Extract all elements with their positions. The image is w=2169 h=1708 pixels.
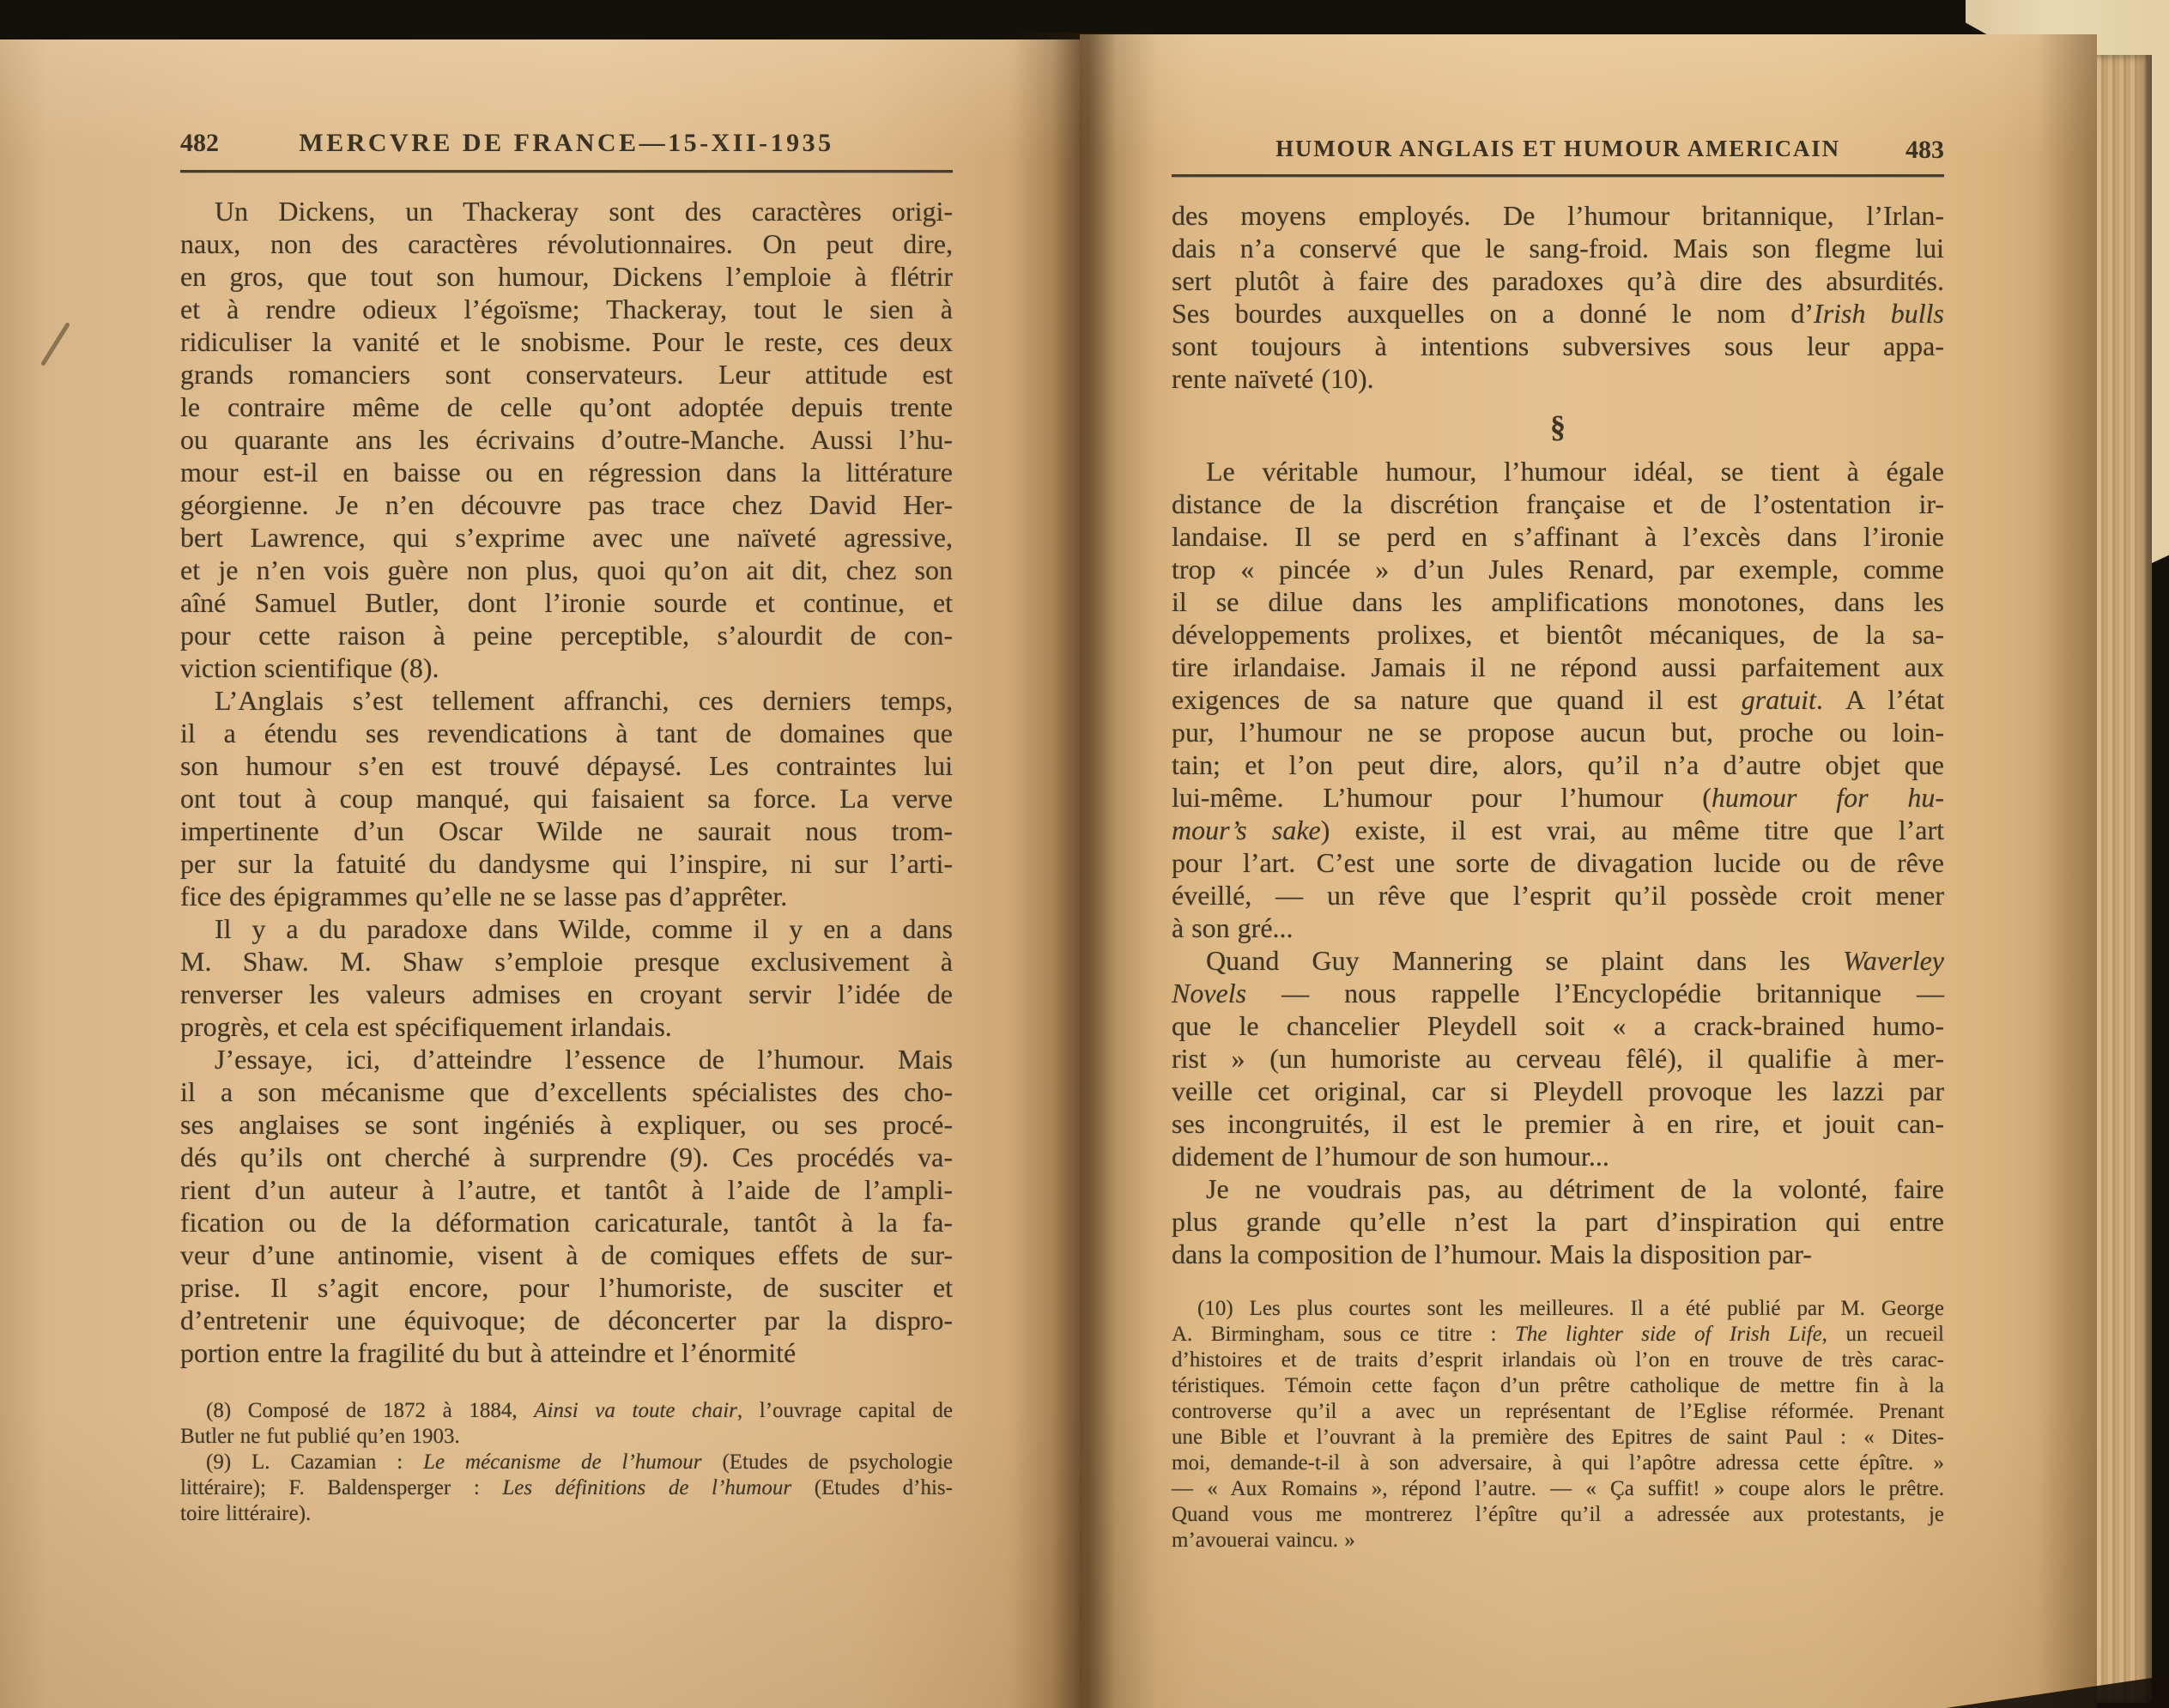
text-line: aîné Samuel Butler, dont l’ironie sourde… <box>180 586 953 619</box>
text-line: dés qu’ils ont cherché à surprendre (9).… <box>180 1141 953 1173</box>
text-line: didement de l’humour de son humour... <box>1172 1140 1944 1172</box>
footnote: (10) Les plus courtes sont les meilleure… <box>1172 1296 1944 1554</box>
text-line: sont toujours à intentions subversives s… <box>1172 330 1944 362</box>
text-line: — « Aux Romains », répond l’autre. — « Ç… <box>1172 1476 1944 1502</box>
text-line: naux, non des caractères révolutionnaire… <box>180 227 953 260</box>
text-line: viction scientifique (8). <box>180 651 953 684</box>
text-line: (9) L. Cazamian : Le mécanisme de l’humo… <box>180 1450 953 1475</box>
text-line: ridiculiser la vanité et le snobisme. Po… <box>180 325 953 358</box>
text-line: renverser les valeurs admises en croyant… <box>180 978 953 1010</box>
text-line: ses incongruités, il est le premier à en… <box>1172 1107 1944 1140</box>
text-line: m’avouerai vaincu. » <box>1172 1528 1944 1554</box>
page-right: HUMOUR ANGLAIS ET HUMOUR AMERICAIN 483 d… <box>1080 34 2097 1708</box>
text-line: il a son mécanisme que d’excellents spéc… <box>180 1075 953 1108</box>
text-line: ses anglaises se sont ingéniés à expliqu… <box>180 1108 953 1141</box>
text-line: le contraire même de celle qu’ont adopté… <box>180 391 953 423</box>
text-line: géorgienne. Je n’en découvre pas trace c… <box>180 488 953 521</box>
text-line: rist » (un humoriste au cerveau fêlé), i… <box>1172 1042 1944 1075</box>
text-line: landaise. Il se perd en s’affinant à l’e… <box>1172 520 1944 553</box>
right-page-footnotes: (10) Les plus courtes sont les meilleure… <box>1172 1296 1944 1554</box>
text-line: il a étendu ses revendications à tant de… <box>180 717 953 749</box>
left-page-footnotes: (8) Composé de 1872 à 1884, Ainsi va tou… <box>180 1398 953 1527</box>
page-edge-stack <box>2097 55 2152 1703</box>
text-line: des moyens employés. De l’humour britann… <box>1172 199 1944 232</box>
text-line: trop « pincée » d’un Jules Renard, par e… <box>1172 553 1944 585</box>
text-line: tire irlandaise. Jamais il ne répond aus… <box>1172 651 1944 683</box>
text-line: Un Dickens, un Thackeray sont des caract… <box>180 195 953 227</box>
text-line: une Bible et l’ouvrant à la première des… <box>1172 1425 1944 1451</box>
left-page-number: 482 <box>180 129 219 158</box>
text-line: per sur la fatuité du dandysme qui l’ins… <box>180 847 953 880</box>
text-line: moi, demande-t-il à son adversaire, à qu… <box>1172 1451 1944 1476</box>
footnote: (8) Composé de 1872 à 1884, Ainsi va tou… <box>180 1398 953 1450</box>
text-line: littéraire); F. Baldensperger : Les défi… <box>180 1475 953 1501</box>
text-line: progrès, et cela est spécifiquement irla… <box>180 1010 953 1043</box>
right-page-body: des moyens employés. De l’humour britann… <box>1172 199 1944 1270</box>
paragraph: J’essaye, ici, d’atteindre l’essence de … <box>180 1043 953 1369</box>
text-line: bert Lawrence, qui s’exprime avec une na… <box>180 521 953 554</box>
left-page-body: Un Dickens, un Thackeray sont des caract… <box>180 195 953 1369</box>
right-page-header: HUMOUR ANGLAIS ET HUMOUR AMERICAIN 483 <box>1172 136 1944 162</box>
text-line: et à rendre odieux l’égoïsme; Thackeray,… <box>180 293 953 325</box>
text-line: lui-même. L’humour pour l’humour (humour… <box>1172 781 1944 814</box>
text-line: grands romanciers sont conservateurs. Le… <box>180 358 953 391</box>
text-line: dais n’a conservé que le sang-froid. Mai… <box>1172 232 1944 264</box>
text-line: téristiques. Témoin cette façon d’un prê… <box>1172 1373 1944 1399</box>
text-line: que le chancelier Pleydell soit « a crac… <box>1172 1009 1944 1042</box>
page-left: 482 MERCVRE DE FRANCE—15-XII-1935 Un Dic… <box>0 39 1080 1708</box>
text-line: pur, l’humour ne se propose aucun but, p… <box>1172 716 1944 748</box>
text-line: dans la composition de l’humour. Mais la… <box>1172 1238 1944 1270</box>
text-line: (8) Composé de 1872 à 1884, Ainsi va tou… <box>180 1398 953 1424</box>
text-line: il se dilue dans les amplifications mono… <box>1172 585 1944 618</box>
text-line: impertinente d’un Oscar Wilde ne saurait… <box>180 815 953 847</box>
text-line: mour est-il en baisse ou en régression d… <box>180 456 953 488</box>
text-line: toire littéraire). <box>180 1501 953 1527</box>
text-line: (10) Les plus courtes sont les meilleure… <box>1172 1296 1944 1322</box>
text-line: développements prolixes, et bientôt méca… <box>1172 618 1944 651</box>
text-line: pour cette raison à peine perceptible, s… <box>180 619 953 651</box>
text-line: et je n’en vois guère non plus, quoi qu’… <box>180 554 953 586</box>
text-line: d’histoires et de traits d’esprit irland… <box>1172 1348 1944 1373</box>
text-line: fice des épigrammes qu’elle ne se lasse … <box>180 880 953 912</box>
left-running-title: MERCVRE DE FRANCE—15-XII-1935 <box>299 129 833 157</box>
text-line: M. Shaw. M. Shaw s’emploie presque exclu… <box>180 945 953 978</box>
text-line: fication ou de la déformation caricatura… <box>180 1206 953 1239</box>
paragraph: Quand Guy Mannering se plaint dans les W… <box>1172 944 1944 1172</box>
text-line: controverse qu’il a avec un représentant… <box>1172 1399 1944 1425</box>
text-line: Le véritable humour, l’humour idéal, se … <box>1172 455 1944 488</box>
text-line: Quand vous me montrerez l’épître qu’il a… <box>1172 1502 1944 1528</box>
left-header-rule <box>180 170 953 173</box>
text-line: pour l’art. C’est une sorte de divagatio… <box>1172 846 1944 879</box>
text-line: rente naïveté (10). <box>1172 362 1944 395</box>
left-text-column: 482 MERCVRE DE FRANCE—15-XII-1935 Un Dic… <box>180 129 953 1527</box>
text-line: portion entre la fragilité du but à atte… <box>180 1336 953 1369</box>
text-line: Quand Guy Mannering se plaint dans les W… <box>1172 944 1944 977</box>
text-line: sert plutôt à faire des paradoxes qu’à d… <box>1172 264 1944 297</box>
text-line: distance de la discrétion française et d… <box>1172 488 1944 520</box>
text-line: rient d’un auteur à l’autre, et tantôt à… <box>180 1173 953 1206</box>
text-line: ou quarante ans les écrivains d’outre-Ma… <box>180 423 953 456</box>
text-line: J’essaye, ici, d’atteindre l’essence de … <box>180 1043 953 1075</box>
text-line: L’Anglais s’est tellement affranchi, ces… <box>180 684 953 717</box>
text-line: Je ne voudrais pas, au détriment de la v… <box>1172 1172 1944 1205</box>
paragraph: Le véritable humour, l’humour idéal, se … <box>1172 455 1944 944</box>
right-page-number: 483 <box>1905 136 1944 165</box>
right-running-title: HUMOUR ANGLAIS ET HUMOUR AMERICAIN <box>1275 136 1840 161</box>
text-line: d’entretenir une équivoque; de déconcert… <box>180 1304 953 1336</box>
text-line: en gros, que tout son humour, Dickens l’… <box>180 260 953 293</box>
text-line: mour’s sake) existe, il est vrai, au mêm… <box>1172 814 1944 846</box>
right-text-column: HUMOUR ANGLAIS ET HUMOUR AMERICAIN 483 d… <box>1172 136 1944 1554</box>
text-line: exigences de sa nature que quand il est … <box>1172 683 1944 716</box>
paragraph: des moyens employés. De l’humour britann… <box>1172 199 1944 395</box>
text-line: plus grande qu’elle n’est la part d’insp… <box>1172 1205 1944 1238</box>
book-scan: 482 MERCVRE DE FRANCE—15-XII-1935 Un Dic… <box>0 0 2169 1708</box>
text-line: éveillé, — un rêve que l’esprit qu’il po… <box>1172 879 1944 912</box>
text-line: prise. Il s’agit encore, pour l’humorist… <box>180 1271 953 1304</box>
footnote: (9) L. Cazamian : Le mécanisme de l’humo… <box>180 1450 953 1527</box>
text-line: A. Birmingham, sous ce titre : The light… <box>1172 1322 1944 1348</box>
text-line: Il y a du paradoxe dans Wilde, comme il … <box>180 912 953 945</box>
text-line: Ses bourdes auxquelles on a donné le nom… <box>1172 297 1944 330</box>
section-mark: § <box>1172 409 1944 445</box>
text-line: son humour s’en est trouvé dépaysé. Les … <box>180 749 953 782</box>
paragraph: L’Anglais s’est tellement affranchi, ces… <box>180 684 953 912</box>
text-line: veur d’une antinomie, visent à de comiqu… <box>180 1239 953 1271</box>
paragraph: Un Dickens, un Thackeray sont des caract… <box>180 195 953 684</box>
text-line: Butler ne fut publié qu’en 1903. <box>180 1424 953 1450</box>
left-page-header: 482 MERCVRE DE FRANCE—15-XII-1935 <box>180 129 953 158</box>
paragraph: Je ne voudrais pas, au détriment de la v… <box>1172 1172 1944 1270</box>
text-line: ont tout à coup manqué, qui faisaient sa… <box>180 782 953 815</box>
right-header-rule <box>1172 174 1944 177</box>
paragraph: Il y a du paradoxe dans Wilde, comme il … <box>180 912 953 1043</box>
text-line: à son gré... <box>1172 912 1944 944</box>
text-line: Novels — nous rappelle l’Encyclopédie br… <box>1172 977 1944 1009</box>
text-line: tain; et l’on peut dire, alors, qu’il n’… <box>1172 748 1944 781</box>
text-line: veille cet original, car si Pleydell pro… <box>1172 1075 1944 1107</box>
